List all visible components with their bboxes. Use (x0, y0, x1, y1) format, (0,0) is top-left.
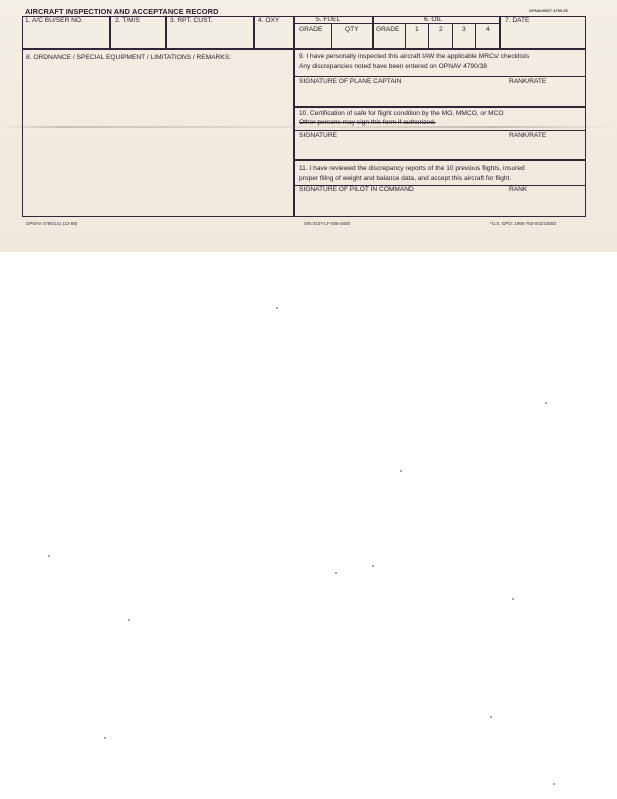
scan-speck (48, 555, 50, 557)
sec10-statement-1: 10. Certification of safe for flight con… (299, 110, 503, 117)
row-divider (22, 48, 586, 50)
plane-captain-rank-label: RANK/RATE (509, 78, 546, 85)
col-divider (372, 16, 374, 49)
scan-speck (490, 716, 492, 718)
col-divider (452, 23, 453, 49)
scan-speck (104, 737, 106, 739)
sec10-statement-2: Other persons may sign this form if auth… (299, 119, 436, 126)
sec9-statement-1: 9. I have personally inspected this airc… (299, 53, 529, 60)
oil-col-3: 3 (462, 26, 466, 33)
fuel-qty-label: QTY (345, 26, 359, 33)
stock-number: S/N 0107-LF-008-4600 (304, 221, 350, 226)
field-oxy-label: 4. OXY (258, 17, 279, 24)
pilot-rank-label: RANK (509, 186, 527, 193)
col-divider (331, 23, 332, 49)
scan-speck (512, 598, 514, 600)
certifier-signature-label: SIGNATURE (299, 132, 337, 139)
field-remarks-label: 8. ORDNANCE / SPECIAL EQUIPMENT / LIMITA… (26, 54, 231, 61)
scan-speck (335, 572, 337, 574)
scan-speck (545, 402, 547, 404)
oil-col-4: 4 (486, 26, 490, 33)
col-divider-main (293, 16, 295, 217)
pilot-signature-label: SIGNATURE OF PILOT IN COMMAND (299, 186, 414, 193)
form-sheet: AIRCRAFT INSPECTION AND ACCEPTANCE RECOR… (0, 0, 617, 252)
col-divider (405, 23, 406, 49)
col-divider (253, 16, 255, 49)
field-fuel-label: 5. FUEL (316, 16, 340, 23)
sec10-divider (293, 130, 586, 131)
col-divider (475, 23, 476, 49)
sec9-bottom (293, 106, 586, 108)
field-tms-label: 2. T/M/S (115, 17, 140, 24)
form-title: AIRCRAFT INSPECTION AND ACCEPTANCE RECOR… (25, 7, 219, 16)
oil-col-2: 2 (439, 26, 443, 33)
oil-grade-label: GRADE (376, 26, 399, 33)
field-oil-label: 6. OIL (424, 16, 442, 23)
col-divider (428, 23, 429, 49)
scan-speck (400, 470, 402, 472)
plane-captain-signature-label: SIGNATURE OF PLANE CAPTAIN (299, 78, 401, 85)
scan-speck (372, 565, 374, 567)
scan-speck (553, 783, 555, 785)
gpo-imprint: *U.S. GPO: 1990-783-002/15083 (490, 221, 556, 226)
oil-col-1: 1 (415, 26, 419, 33)
form-number: OPNAV 4790/141 (12-89) (26, 221, 77, 226)
field-ac-buser-label: 1. A/C BU/SER NO. (25, 17, 83, 24)
sec11-statement-2: proper filing of weight and balance data… (299, 175, 511, 182)
sec9-divider (293, 76, 586, 77)
sec9-statement-2: Any discrepancies noted have been entere… (299, 63, 487, 70)
sec10-bottom (293, 159, 586, 161)
scan-speck (276, 307, 278, 309)
field-date-label: 7. DATE (505, 17, 529, 24)
sec11-statement-1: 11. I have reviewed the discrepancy repo… (299, 165, 525, 172)
scan-speck (128, 619, 130, 621)
instruction-reference: OPNAVINST 4790.2E (529, 8, 568, 13)
col-divider (499, 16, 501, 49)
certifier-rank-label: RANK/RATE (509, 132, 546, 139)
col-divider (165, 16, 167, 49)
field-rpt-cust-label: 3. RPT. CUST. (170, 17, 213, 24)
col-divider (109, 16, 111, 49)
fuel-grade-label: GRADE (299, 26, 322, 33)
fuel-oil-subheader-line (293, 23, 499, 24)
